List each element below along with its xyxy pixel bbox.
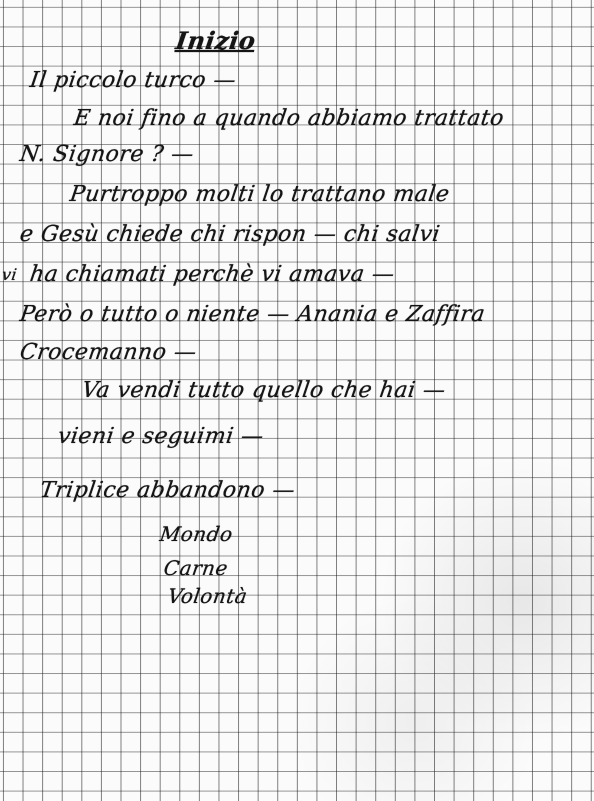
handwritten-line-4: Purtroppo molti lo trattano male: [68, 182, 451, 207]
grid-paper-page: Inizio Il piccolo turco — E noi fino a q…: [0, 0, 594, 801]
handwritten-line-1: Il piccolo turco —: [28, 68, 238, 93]
handwritten-line-2: E noi fino a quando abbiamo trattato: [72, 106, 505, 131]
list-item-mondo: Mondo: [158, 522, 234, 546]
handwritten-line-11: Triplice abbandono —: [38, 478, 297, 503]
margin-annotation: vi: [1, 265, 19, 284]
handwritten-line-10: vieni e seguimi —: [56, 424, 265, 449]
handwritten-line-6: ha chiamati perchè vi amava —: [28, 262, 396, 287]
handwritten-line-3: N. Signore ? —: [18, 142, 195, 167]
list-item-volonta: Volontà: [166, 584, 249, 608]
handwritten-line-5: e Gesù chiede chi rispon — chi salvi: [18, 222, 441, 247]
handwritten-line-8: Crocemanno —: [18, 340, 198, 365]
document-title: Inizio: [174, 26, 258, 55]
handwritten-line-7: Però o tutto o niente — Anania e Zaffira: [18, 302, 487, 327]
list-item-carne: Carne: [162, 556, 229, 580]
handwritten-line-9: Va vendi tutto quello che hai —: [80, 378, 447, 403]
